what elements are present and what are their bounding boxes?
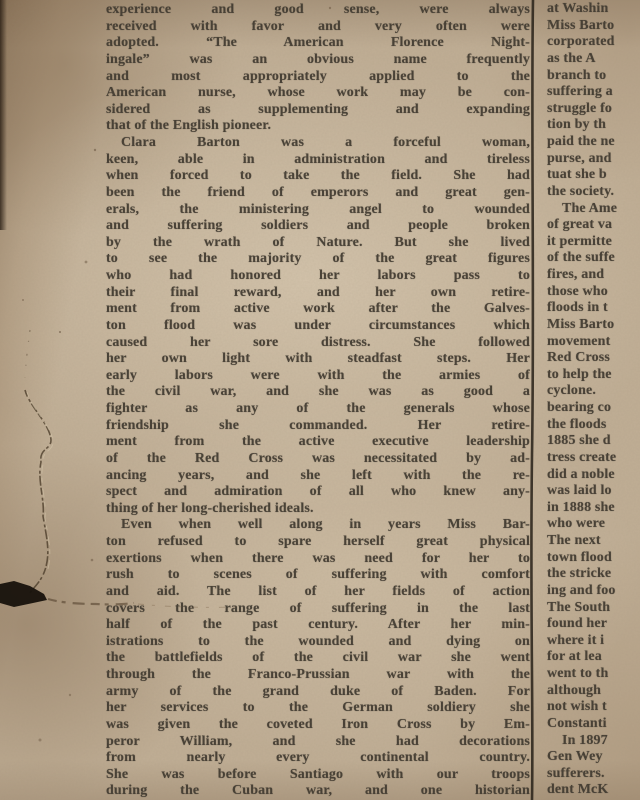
text-line: friendship she commanded. Her retire- [106, 418, 530, 435]
text-line: Clara Barton was a forceful woman, [106, 135, 530, 152]
text-line: Miss Barto [547, 18, 640, 35]
right-text-column: at WashinMiss Bartocorporatedas the Abra… [547, 1, 640, 799]
text-line: peror William, and she had decorations [106, 734, 530, 751]
text-line: suffering a [547, 84, 640, 101]
text-line: erals, the ministering angel to wounded [106, 202, 530, 219]
text-line: ment from active work after the Galves- [106, 301, 530, 318]
text-line: who were [547, 516, 640, 533]
text-line: during the Cuban war, and one historian [106, 783, 530, 800]
text-line: exertions when there was need for her to [106, 551, 530, 568]
crack-dots-upper [25, 330, 30, 378]
text-line: that of the English pioneer. [106, 118, 530, 135]
text-line: bearing co [547, 400, 640, 417]
text-line: tuat she b [547, 167, 640, 184]
text-line: and suffering soldiers and people broken [106, 218, 530, 235]
text-line: through the Franco-Prussian war with the [106, 667, 530, 684]
text-line: the civil war, and she was as good a [106, 384, 530, 401]
text-line: when forced to take the field. She had [106, 168, 530, 185]
text-line: Constanti [547, 716, 640, 733]
text-line: the stricke [547, 566, 640, 583]
text-line: keen, able in administration and tireles… [106, 152, 530, 169]
text-line: army of the grand duke of Baden. For [106, 684, 530, 701]
text-line: to see the majority of the great figures [106, 251, 530, 268]
text-line: adopted. “The American Florence Night- [106, 35, 530, 52]
text-line: ancing years, and she left with the re- [106, 468, 530, 485]
text-line: found her [547, 616, 640, 633]
text-line: of great va [547, 217, 640, 234]
text-line: She was before Santiago with our troops [106, 767, 530, 784]
text-line: went to th [547, 666, 640, 683]
text-line: to help the [547, 367, 640, 384]
text-line: of the Red Cross was necessitated by ad- [106, 451, 530, 468]
text-line: ingale” was an obvious name frequently [106, 52, 530, 69]
text-line: tion by th [547, 117, 640, 134]
text-line: of the suffe [547, 250, 640, 267]
text-line: did a noble [547, 467, 640, 484]
text-line: Miss Barto [547, 317, 640, 334]
text-line: istrations to the wounded and dying on [106, 634, 530, 651]
text-line: fighter as any of the generals whose [106, 401, 530, 418]
text-line: where it i [547, 633, 640, 650]
text-line: although [547, 683, 640, 700]
text-line: Even when well along in years Miss Bar- [106, 517, 530, 534]
text-line: town flood [547, 550, 640, 567]
text-line: her services to the German soldiery she [106, 700, 530, 717]
text-line: not wish t [547, 699, 640, 716]
text-line: it permitte [547, 234, 640, 251]
text-line: Red Cross [547, 350, 640, 367]
text-line: ton refused to spare herself great physi… [106, 534, 530, 551]
text-line: floods in t [547, 300, 640, 317]
text-line: The next [547, 533, 640, 550]
text-line: rush to scenes of suffering with comfort [106, 567, 530, 584]
text-line: In 1897 [547, 733, 640, 750]
text-line: spect and admiration of all who knew any… [106, 484, 530, 501]
text-line: ing and foo [547, 583, 640, 600]
text-line: by the wrath of Nature. But she lived [106, 235, 530, 252]
text-line: sufferers. [547, 766, 640, 783]
text-line: her own light with steadfast steps. Her [106, 351, 530, 368]
text-line: was laid lo [547, 483, 640, 500]
text-line: sidered as supplementing and expanding [106, 102, 530, 119]
paper-crack [25, 390, 51, 593]
text-line: The South [547, 600, 640, 617]
text-line: and most appropriately applied to the [106, 69, 530, 86]
text-line: and aid. The list of her fields of actio… [106, 584, 530, 601]
text-line: 1885 she d [547, 433, 640, 450]
text-line: early labors were with the armies of [106, 368, 530, 385]
text-line: for at lea [547, 649, 640, 666]
text-line: covers the range of suffering in the las… [106, 601, 530, 618]
text-line: branch to [547, 68, 640, 85]
text-line: who had honored her labors pass to [106, 268, 530, 285]
text-line: at Washin [547, 1, 640, 18]
text-line: paid the ne [547, 134, 640, 151]
text-line: from nearly every continental country. [106, 750, 530, 767]
text-line: tress create [547, 450, 640, 467]
text-line: thing of her long-cherished ideals. [106, 501, 530, 518]
text-line: been the friend of emperors and great ge… [106, 185, 530, 202]
text-line: received with favor and very often were [106, 19, 530, 36]
text-line: the battlefields of the civil war she we… [106, 650, 530, 667]
text-line: movement [547, 334, 640, 351]
newspaper-clipping-photo: experience and good sense, were alwaysre… [0, 0, 640, 800]
text-line: their final reward, and her own retire- [106, 285, 530, 302]
text-line: as the A [547, 51, 640, 68]
text-line: struggle fo [547, 101, 640, 118]
text-line: dent McK [547, 782, 640, 799]
text-line: American nurse, whose work may be con- [106, 85, 530, 102]
text-line: experience and good sense, were always [106, 2, 530, 19]
left-edge-shadow [0, 0, 7, 230]
text-line: corporated [547, 34, 640, 51]
text-line: purse, and [547, 151, 640, 168]
text-line: Gen Wey [547, 749, 640, 766]
text-line: The Ame [547, 201, 640, 218]
text-line: those who [547, 284, 640, 301]
paper-crack-highlight [27, 392, 53, 572]
text-line: cyclone. [547, 383, 640, 400]
text-line: the society. [547, 184, 640, 201]
text-line: half of the past century. After her min- [106, 617, 530, 634]
left-text-column: experience and good sense, were alwaysre… [106, 2, 530, 800]
ink-blot [0, 581, 47, 607]
text-line: ton flood was under circumstances which [106, 318, 530, 335]
text-line: fires, and [547, 267, 640, 284]
text-line: in 1888 she [547, 500, 640, 517]
text-line: ment from the active executive leadershi… [106, 434, 530, 451]
text-line: caused her sore distress. She followed [106, 335, 530, 352]
column-divider-rule [531, 0, 533, 800]
text-line: the floods [547, 417, 640, 434]
text-line: was given the coveted Iron Cross by Em- [106, 717, 530, 734]
